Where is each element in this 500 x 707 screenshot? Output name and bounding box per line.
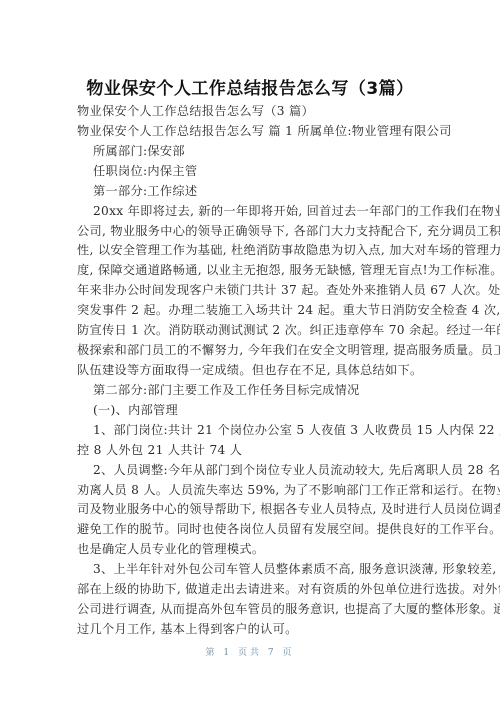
text-line: 第二部分:部门主要工作及工作任务目标完成情况: [93, 381, 360, 398]
text-line: 任职岗位:内保主管: [93, 162, 197, 179]
document-title: 物业保安个人工作总结报告怎么写（3篇）: [0, 74, 500, 99]
text-line: 极探索和部门员工的不懈努力, 今年我们在安全文明管理, 提高服务质量。员工: [77, 341, 500, 358]
text-line: 性, 以安全管理工作为基础, 杜绝消防事故隐患为切入点, 加大对车场的管理力: [77, 241, 500, 258]
text-line: 公司, 物业服务中心的领导正确领导下, 各部门大力支持配合下, 充分调员工积极: [77, 222, 500, 239]
page-number-footer: 第 1 页共 7 页: [0, 645, 500, 658]
text-line: 物业保安个人工作总结报告怎么写（3 篇）: [77, 102, 314, 119]
text-line: 部在上级的协助下, 做道走出去请进来。对有资质的外包单位进行选拔。对外包: [77, 580, 500, 597]
text-line: 年来非办公时间发现客户未锁门共计 37 起。查处外来推销人员 67 人次。处理: [77, 281, 500, 298]
text-line: 劝离人员 8 人。人员流失率达 59%, 为了不影响部门工作正常和运行。在物业公: [77, 481, 500, 498]
text-line: 20xx 年即将过去, 新的一年即将开始, 回首过去一年部门的工作我们在物业: [93, 202, 500, 219]
text-line: (一)、内部管理: [93, 401, 178, 418]
text-line: 所属部门:保安部: [93, 142, 185, 159]
text-line: 司及物业服务中心的领导帮助下, 根据各专业人员特点, 及时进行人员岗位调查,: [77, 500, 500, 517]
text-line: 过几个月工作, 基本上得到客户的认可。: [77, 620, 298, 637]
text-line: 突发事件 2 起。办理二装施工入场共计 24 起。重大节日消防安全检查 4 次,…: [77, 301, 500, 318]
text-line: 控 8 人外包 21 人共计 74 人: [77, 441, 242, 458]
text-line: 防宣传日 1 次。消防联动测试测试 2 次。纠正违章停车 70 余起。经过一年的…: [77, 321, 500, 338]
text-line: 避免工作的脱节。同时也使各岗位人员留有发展空间。提供良好的工作平台。: [77, 520, 500, 537]
text-line: 公司进行调查, 从而提高外包车管员的服务意识, 也提高了大厦的整体形象。通: [77, 600, 500, 617]
text-line: 物业保安个人工作总结报告怎么写 篇 1 所属单位:物业管理有限公司: [77, 122, 452, 139]
text-line: 1、部门岗位:共计 21 个岗位办公室 5 人夜值 3 人收费员 15 人内保 …: [93, 421, 500, 438]
text-line: 2、人员调整:今年从部门到个岗位专业人员流动较大, 先后离职人员 28 名。: [93, 461, 500, 478]
text-line: 度, 保障交通道路畅通, 以业主无抱怨, 服务无缺憾, 管理无盲点!为工作标准。…: [77, 261, 500, 278]
text-line: 3、上半年针对外包公司车管人员整体素质不高, 服务意识淡薄, 形象较差, 我: [93, 560, 500, 577]
text-line: 也是确定人员专业化的管理模式。: [77, 540, 264, 557]
text-line: 队伍建设等方面取得一定成绩。但也存在不足, 具体总结如下。: [77, 361, 423, 378]
text-line: 第一部分:工作综述: [93, 182, 197, 199]
